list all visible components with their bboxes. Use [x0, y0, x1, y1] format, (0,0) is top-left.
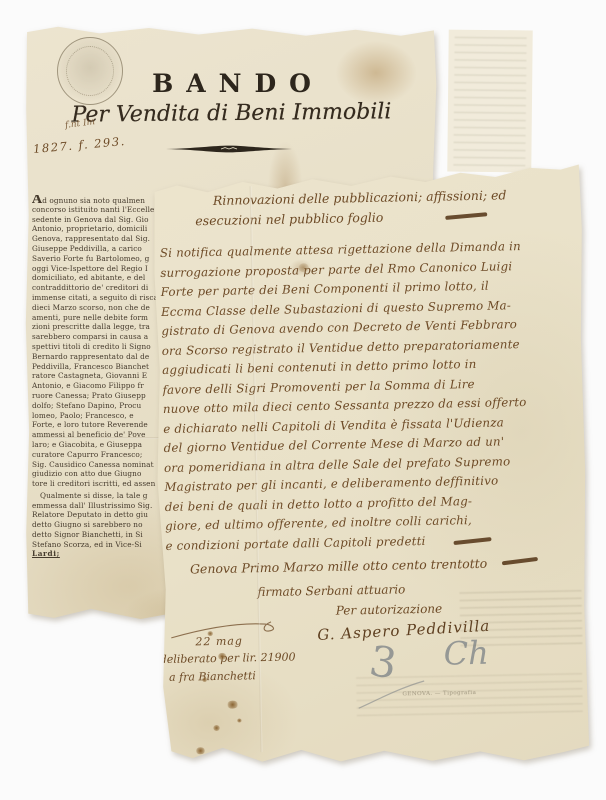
- photo-of-documents: BANDO Per Vendita di Beni Immobili f.nt …: [0, 0, 606, 800]
- manuscript-heading-line1: Rinnovazioni delle pubblicazioni; affiss…: [213, 187, 507, 208]
- foxing-spot: [202, 677, 207, 682]
- manuscript-signed-line: firmato Serbani attuario: [257, 582, 405, 599]
- bando-title: BANDO: [25, 69, 438, 98]
- handwritten-annotation-small: f.nt Im: [65, 117, 96, 131]
- flourish-dash-icon: [445, 212, 487, 219]
- manuscript-paper: Rinnovazioni delle pubblicazioni; affiss…: [146, 156, 594, 772]
- foxing-spot: [237, 719, 242, 723]
- auction-note-line: 22 mag: [195, 634, 243, 648]
- auction-note-line: a fra Bianchetti: [169, 669, 256, 684]
- auction-note-line: deliberato per lir. 21900: [160, 650, 296, 666]
- authorization-line: Per autorizazione: [336, 602, 443, 618]
- manuscript-date-line: Genova Primo Marzo mille otto cento tren…: [190, 556, 488, 577]
- show-through-text: [453, 36, 526, 167]
- back-leaf-sheet: [447, 30, 532, 173]
- manuscript-document: Rinnovazioni delle pubblicazioni; affiss…: [152, 160, 588, 768]
- show-through-text: [459, 586, 582, 646]
- manuscript-body-text: Si notifica qualmente attesa rigettazion…: [160, 236, 584, 556]
- foxing-spot: [195, 747, 205, 754]
- handwritten-file-reference: 1827. f. 293.: [33, 134, 127, 156]
- swelled-rule-ornament-icon: [165, 144, 293, 154]
- foxing-spot: [227, 701, 239, 709]
- foxing-spot: [213, 725, 220, 731]
- manuscript-heading-line2: esecuzioni nel pubblico foglio: [195, 210, 383, 229]
- flourish-dash-icon: [502, 557, 538, 565]
